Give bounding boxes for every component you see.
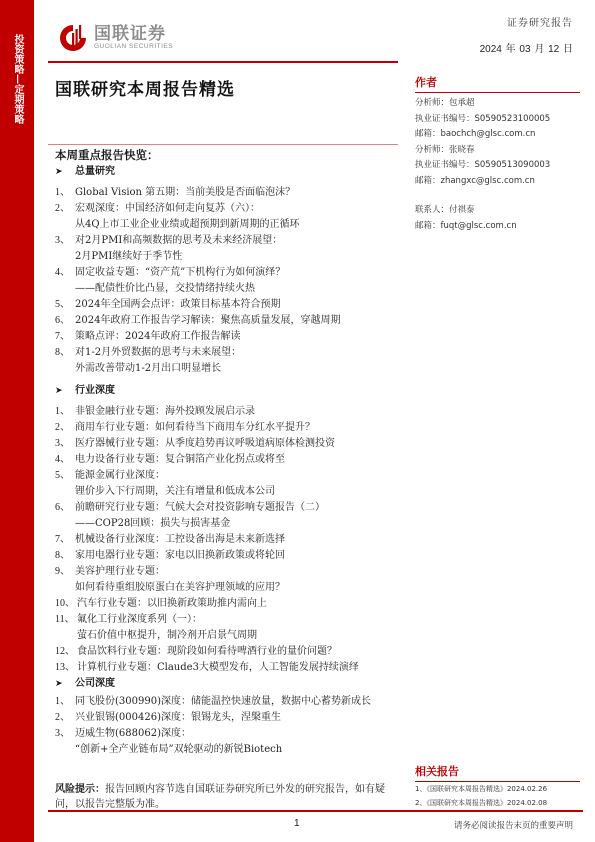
logo-mark-icon (58, 23, 88, 53)
authors-heading: 作者 (415, 74, 580, 93)
list-item: 3、对2月PMI和高频数据的思考及未来经济展望：2月PMI继续好于季节性 (55, 233, 400, 265)
report-overview: 本周重点报告快览： ➤ 总量研究 1、Global Vision 第五期：当前美… (55, 146, 400, 758)
arrow-bullet-icon: ➤ (55, 676, 75, 692)
section-heading: ➤ 总量研究 (55, 164, 400, 180)
list-item: 8、对1-2月外贸数据的思考与未来展望：外需改善带动1-2月出口明显增长 (55, 345, 400, 377)
footer-divider (48, 810, 583, 812)
list-item: 3、医疗器械行业专题：从季度趋势再议呼吸道病原体检测投资 (55, 436, 400, 452)
list-item: 1、Global Vision 第五期：当前美股是否面临泡沫？ (55, 185, 400, 201)
analyst-license: 执业证书编号：S0590513090003 (415, 158, 580, 174)
related-report-link[interactable]: 2、《国联研究本周报告精选》2024.02.08 (415, 797, 580, 810)
list-item: 13、计算机行业专题：Claude3大模型发布，人工智能发展持续演绎 (55, 660, 400, 676)
related-heading: 相关报告 (415, 763, 580, 782)
list-item: 5、2024年全国两会点评：政策目标基本符合预期 (55, 297, 400, 313)
overview-divider (48, 144, 398, 145)
analyst-name: 分析师：包承超 (415, 96, 580, 112)
overview-title: 本周重点报告快览： (55, 146, 400, 164)
analyst-email[interactable]: 邮箱：baochch@glsc.com.cn (415, 127, 580, 143)
footer-disclaimer: 请务必阅读报告末页的重要声明 (454, 819, 573, 831)
risk-label: 风险提示： (55, 784, 105, 795)
document-type: 证券研究报告 (507, 14, 573, 29)
risk-notice: 风险提示：报告回顾内容节选自国联证券研究所已外发的研究报告，如有疑问，以报告完整… (55, 782, 400, 812)
page-number: 1 (294, 818, 300, 829)
arrow-bullet-icon: ➤ (55, 383, 75, 399)
list-item: 1、同飞股份(300990)深度：储能温控快速放量，数据中心蓄势新成长 (55, 694, 400, 710)
list-item: 7、机械设备行业深度：工控设备出海是未来新选择 (55, 532, 400, 548)
sidebar-category-label: 投资策略—定期策略 (11, 34, 23, 124)
arrow-bullet-icon: ➤ (55, 164, 75, 180)
list-item: 8、家用电器行业专题：家电以旧换新政策或将轮回 (55, 548, 400, 564)
related-reports-panel: 相关报告 1、《国联研究本周报告精选》2024.02.26 2、《国联研究本周报… (415, 763, 580, 810)
report-date: 2024 年 03 月 12 日 (480, 40, 573, 55)
list-item: 10、汽车行业专题：以旧换新政策助推内需向上 (55, 596, 400, 612)
list-item: 6、2024年政府工作报告学习解读：聚焦高质量发展，穿越周期 (55, 313, 400, 329)
logo-name-cn: 国联证券 (94, 25, 173, 43)
list-item: 7、策略点评：2024年政府工作报告解读 (55, 329, 400, 345)
authors-panel: 作者 分析师：包承超 执业证书编号：S0590523100005 邮箱：baoc… (415, 74, 580, 234)
list-item: 5、能源金属行业深度：锂价步入下行周期，关注有增量和低成本公司 (55, 468, 400, 500)
section-heading: ➤ 公司深度 (55, 676, 400, 692)
list-item: 6、前瞻研究行业专题：气候大会对投资影响专题报告（二）——COP28回顾：损失与… (55, 500, 400, 532)
company-logo: 国联证券 GUOLIAN SECURITIES (58, 22, 173, 54)
list-item: 12、食品饮料行业专题：现阶段如何看待啤酒行业的量价问题？ (55, 644, 400, 660)
list-item: 9、美容护理行业专题：如何看待重组胶原蛋白在美容护理领域的应用？ (55, 564, 400, 596)
list-item: 3、迈威生物(688062)深度：“创新+全产业链布局”双轮驱动的新锐Biote… (55, 726, 400, 758)
contact-name: 联系人：付祺泰 (415, 203, 580, 219)
list-item: 1、非银金融行业专题：海外投顾发展启示录 (55, 404, 400, 420)
list-item: 4、电力设备行业专题：复合铜箔产业化拐点或将至 (55, 452, 400, 468)
logo-name-en: GUOLIAN SECURITIES (94, 43, 173, 51)
section-heading: ➤ 行业深度 (55, 383, 400, 399)
list-item: 2、商用车行业专题：如何看待当下商用车分红水平提升？ (55, 420, 400, 436)
list-item: 4、固定收益专题：“资产荒”下机构行为如何演绎？——配债性价比凸显，交投情绪持续… (55, 265, 400, 297)
list-item: 11、氟化工行业深度系列（一）：萤石价值中枢提升，制冷剂开启景气周期 (55, 612, 400, 644)
risk-text: 报告回顾内容节选自国联证券研究所已外发的研究报告，如有疑问，以报告完整版为准。 (55, 784, 385, 810)
analyst-name: 分析师：张晓春 (415, 143, 580, 159)
page-title: 国联研究本周报告精选 (55, 75, 235, 100)
related-report-link[interactable]: 1、《国联研究本周报告精选》2024.02.26 (415, 783, 580, 796)
list-item: 2、兴业银锡(000426)深度：银锡龙头，涅槃重生 (55, 710, 400, 726)
analyst-license: 执业证书编号：S0590523100005 (415, 112, 580, 128)
sidebar-band: 投资策略—定期策略 (0, 0, 34, 842)
header-divider (48, 61, 398, 63)
analyst-email[interactable]: 邮箱：zhangxc@glsc.com.cn (415, 174, 580, 190)
list-item: 2、宏观深度：中国经济如何走向复苏（六）：从4Q上市工业企业业绩或超预期到新周期… (55, 201, 400, 233)
contact-email[interactable]: 邮箱：fuqt@glsc.com.cn (415, 219, 580, 235)
